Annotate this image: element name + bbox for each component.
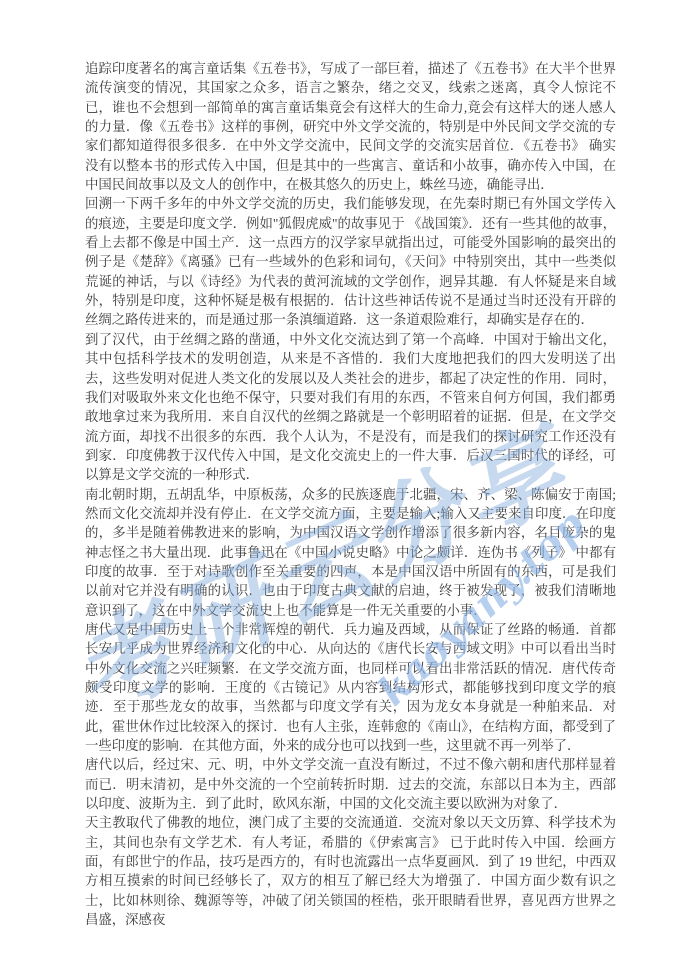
paragraph: 唐代以后，经过宋、元、明，中外文学交流一直没有断过，不过不像六朝和唐代那样显着而…	[85, 755, 616, 813]
document-body-text: 追踪印度著名的寓言童话集《五卷书》，写成了一部巨着，描述了《五卷书》在大半个世界…	[85, 59, 616, 929]
paragraph: 唐代又是中国历史上一个非常辉煌的朝代．兵力遍及西域，从而保证了丝路的畅通．首都长…	[85, 620, 616, 755]
paragraph: 南北朝时期，五胡乱华，中原板荡，众多的民族逐鹿于北疆，宋、齐、梁、陈偏安于南国;…	[85, 485, 616, 620]
paragraph: 到了汉代，由于丝绸之路的凿通，中外文化交流达到了第一个高峰．中国对于输出文化，其…	[85, 330, 616, 485]
paragraph: 追踪印度著名的寓言童话集《五卷书》，写成了一部巨着，描述了《五卷书》在大半个世界…	[85, 59, 616, 194]
document-page: 追踪印度著名的寓言童话集《五卷书》，写成了一部巨着，描述了《五卷书》在大半个世界…	[0, 0, 695, 966]
paragraph: 回溯一下两千多年的中外文学交流的历史，我们能够发现，在先秦时期已有外国文学传入的…	[85, 194, 616, 329]
paragraph: 天主教取代了佛教的地位，澳门成了主要的交流通道．交流对象以天文历算、科学技术为主…	[85, 813, 616, 929]
